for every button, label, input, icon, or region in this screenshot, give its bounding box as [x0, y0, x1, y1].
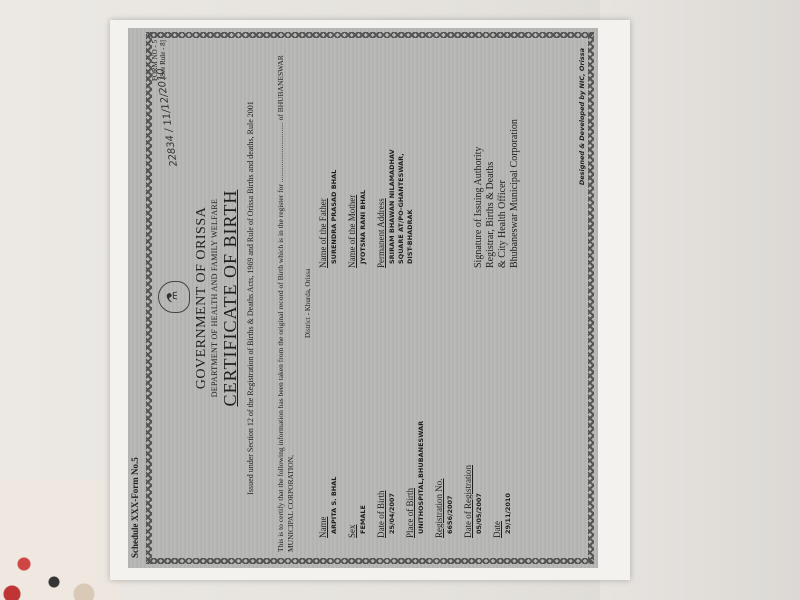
district-text: District - Khurda, Orissa — [304, 269, 312, 338]
signature-block: Signature of Issuing Authority Registrar… — [473, 38, 521, 268]
signature-line-1: Signature of Issuing Authority — [473, 38, 485, 268]
sex-label: Sex — [347, 318, 357, 538]
name-label: Name — [318, 318, 328, 538]
date-value: 29/11/2010 — [504, 318, 512, 534]
border-top — [146, 32, 152, 564]
signature-line-4: Bhubaneswar Municipal Corporation — [509, 38, 521, 268]
issued-under-text: Issued under Section 12 of the Registrat… — [246, 44, 256, 552]
signature-line-3: & City Health Officer — [497, 38, 509, 268]
certificate-title: CERTIFICATE OF BIRTH — [220, 28, 241, 568]
sex-value: FEMALE — [359, 318, 367, 534]
schedule-label: Schedule XXX-Form No.5 — [130, 457, 140, 558]
pob-label: Place of Birth — [405, 318, 415, 538]
address-label: Permanent Address — [376, 48, 386, 268]
handwritten-note: 22834 / 11/12/2010 — [155, 68, 180, 168]
header-block: GOVERNMENT OF ORISSA DEPARTMENT OF HEALT… — [194, 28, 241, 568]
mother-label: Name of the Mother — [347, 48, 357, 268]
dob-value: 25/04/2007 — [388, 318, 396, 534]
fabric-corner — [0, 480, 120, 600]
regno-label: Registration No. — [434, 318, 444, 538]
mother-value: JYOTSNA RANI BHAL — [359, 48, 367, 264]
department-name: DEPARTMENT OF HEALTH AND FAMILY WELFARE — [210, 28, 219, 568]
date-label: Date — [492, 318, 502, 538]
regdate-value: 05/05/2007 — [475, 318, 483, 534]
address-value: SRIRAM BHAWAN NILAMADHAV SQUARE AT/PO-GH… — [388, 48, 414, 264]
right-column: Name of the Father SURENDRA PRASAD BHAL … — [318, 48, 423, 268]
signature-line-2: Registrar, Births & Deaths — [485, 38, 497, 268]
state-emblem-icon: ⚗ — [158, 281, 190, 313]
dob-label: Date of Birth — [376, 318, 386, 538]
father-value: SURENDRA PRASAD BHAL — [330, 48, 338, 264]
designed-by: Designed & Developed by NIC, Orissa — [578, 48, 586, 185]
pob-value: UNITHOSPITAL,BHUBANESWAR — [417, 318, 425, 534]
table-right-area — [600, 0, 800, 600]
government-name: GOVERNMENT OF ORISSA — [194, 28, 210, 568]
left-column: Name ARPITA S. BHAL Sex FEMALE Date of B… — [318, 318, 521, 538]
name-value: ARPITA S. BHAL — [330, 318, 338, 534]
certify-text: This is to certify that the following in… — [276, 44, 296, 552]
regno-value: 6656/2007 — [446, 318, 454, 534]
border-bottom — [588, 32, 594, 564]
regdate-label: Date of Registration — [463, 318, 473, 538]
birth-certificate: Schedule XXX-Form No.5 FORM NO - 5 [See … — [128, 28, 598, 568]
father-label: Name of the Father — [318, 48, 328, 268]
